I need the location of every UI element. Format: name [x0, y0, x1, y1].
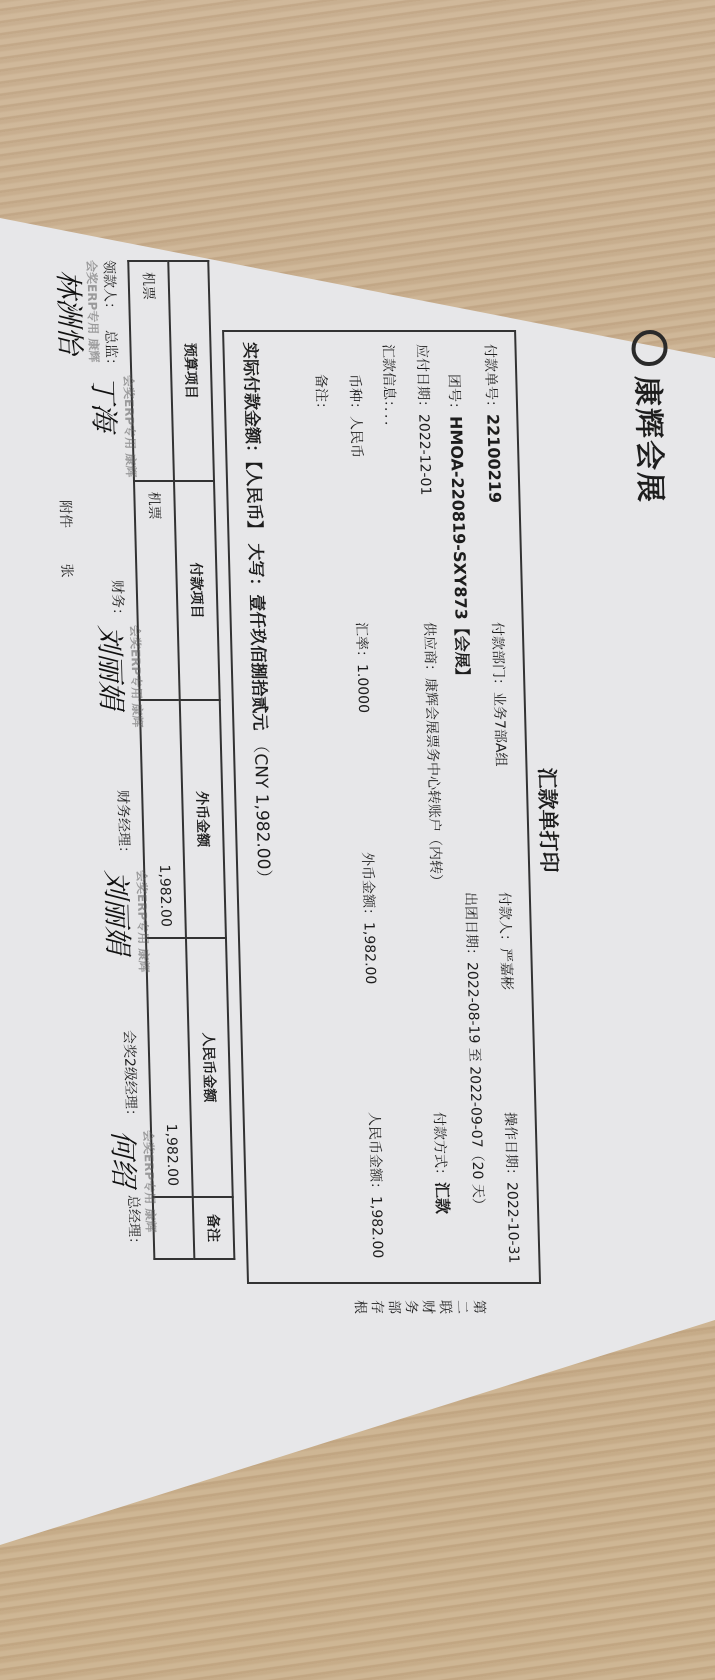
rmb-amount: 人民币金额：1,982.00	[365, 1112, 389, 1258]
company-name: 康辉会展	[628, 376, 675, 504]
handwritten-signature: 林洲怡	[49, 270, 91, 354]
departure-dates: 出团日期：2022-08-19 至 2022-09-07（20 天）	[461, 892, 489, 1212]
col-rmb-amount: 人民币金额	[186, 938, 233, 1197]
payment-method: 付款方式：汇款	[430, 1112, 456, 1214]
col-fx-amount: 外币金额	[180, 700, 226, 938]
department: 付款部门：业务7部A组	[488, 622, 512, 766]
col-remark: 备注	[193, 1197, 235, 1259]
finance-manager-label: 财务经理：	[113, 790, 135, 860]
company-logo: 康辉会展	[627, 330, 676, 504]
payment-no: 付款单号：22100219	[480, 344, 504, 503]
exchange-rate: 汇率：1.0000	[352, 622, 374, 713]
flower-logo-icon	[631, 330, 668, 366]
info-box: 付款单号：22100219 付款部门：业务7部A组 付款人：严嘉彬 操作日期：2…	[222, 330, 541, 1284]
actual-payment-total: 实际付款金额：【人民币】 大写：壹仟玖佰捌拾贰元 （CNY 1,982.00）	[239, 342, 278, 886]
finance-label: 财务：	[108, 580, 129, 622]
remittance-slip: 康辉会展 汇款单打印 第二联财务部存根 付款单号：22100219 付款部门：业…	[30, 290, 715, 1350]
director-label: 总监：	[101, 330, 122, 372]
handwritten-signature: 何绍	[104, 1130, 145, 1186]
receiver-label: 领款人：	[99, 260, 120, 316]
handwritten-signature: 刘丽娟	[97, 870, 139, 954]
supplier: 供应商：康辉会展票务中心转账户（内转）	[420, 622, 447, 888]
currency: 币种：人民币	[345, 374, 367, 458]
level2-manager-label: 会奖2级经理：	[119, 1030, 141, 1123]
handwritten-signature: 丁海	[84, 375, 125, 431]
handwritten-signature: 刘丽娟	[91, 625, 133, 709]
remark: 备注：	[311, 374, 332, 416]
col-payment-item: 付款项目	[174, 481, 220, 701]
payment-items-table: 预算项目 付款项目 外币金额 人民币金额 备注 机票 机票 1,982.00 1…	[127, 260, 235, 1260]
due-date: 应付日期：2022-12-01	[412, 344, 436, 495]
group-no: 团号：HMOA-220819-SXY873【会展】	[444, 374, 475, 684]
attachment-count: 附件 张	[55, 500, 77, 578]
copy-stub-label: 第二联财务部存根	[350, 1300, 487, 1322]
col-budget-item: 预算项目	[168, 261, 214, 481]
operation-date: 操作日期：2022-10-31	[501, 1112, 525, 1263]
fx-amount: 外币金额：1,982.00	[358, 852, 381, 984]
remit-info: 汇款信息：．．．	[378, 344, 400, 435]
payer: 付款人：严嘉彬	[495, 892, 518, 990]
